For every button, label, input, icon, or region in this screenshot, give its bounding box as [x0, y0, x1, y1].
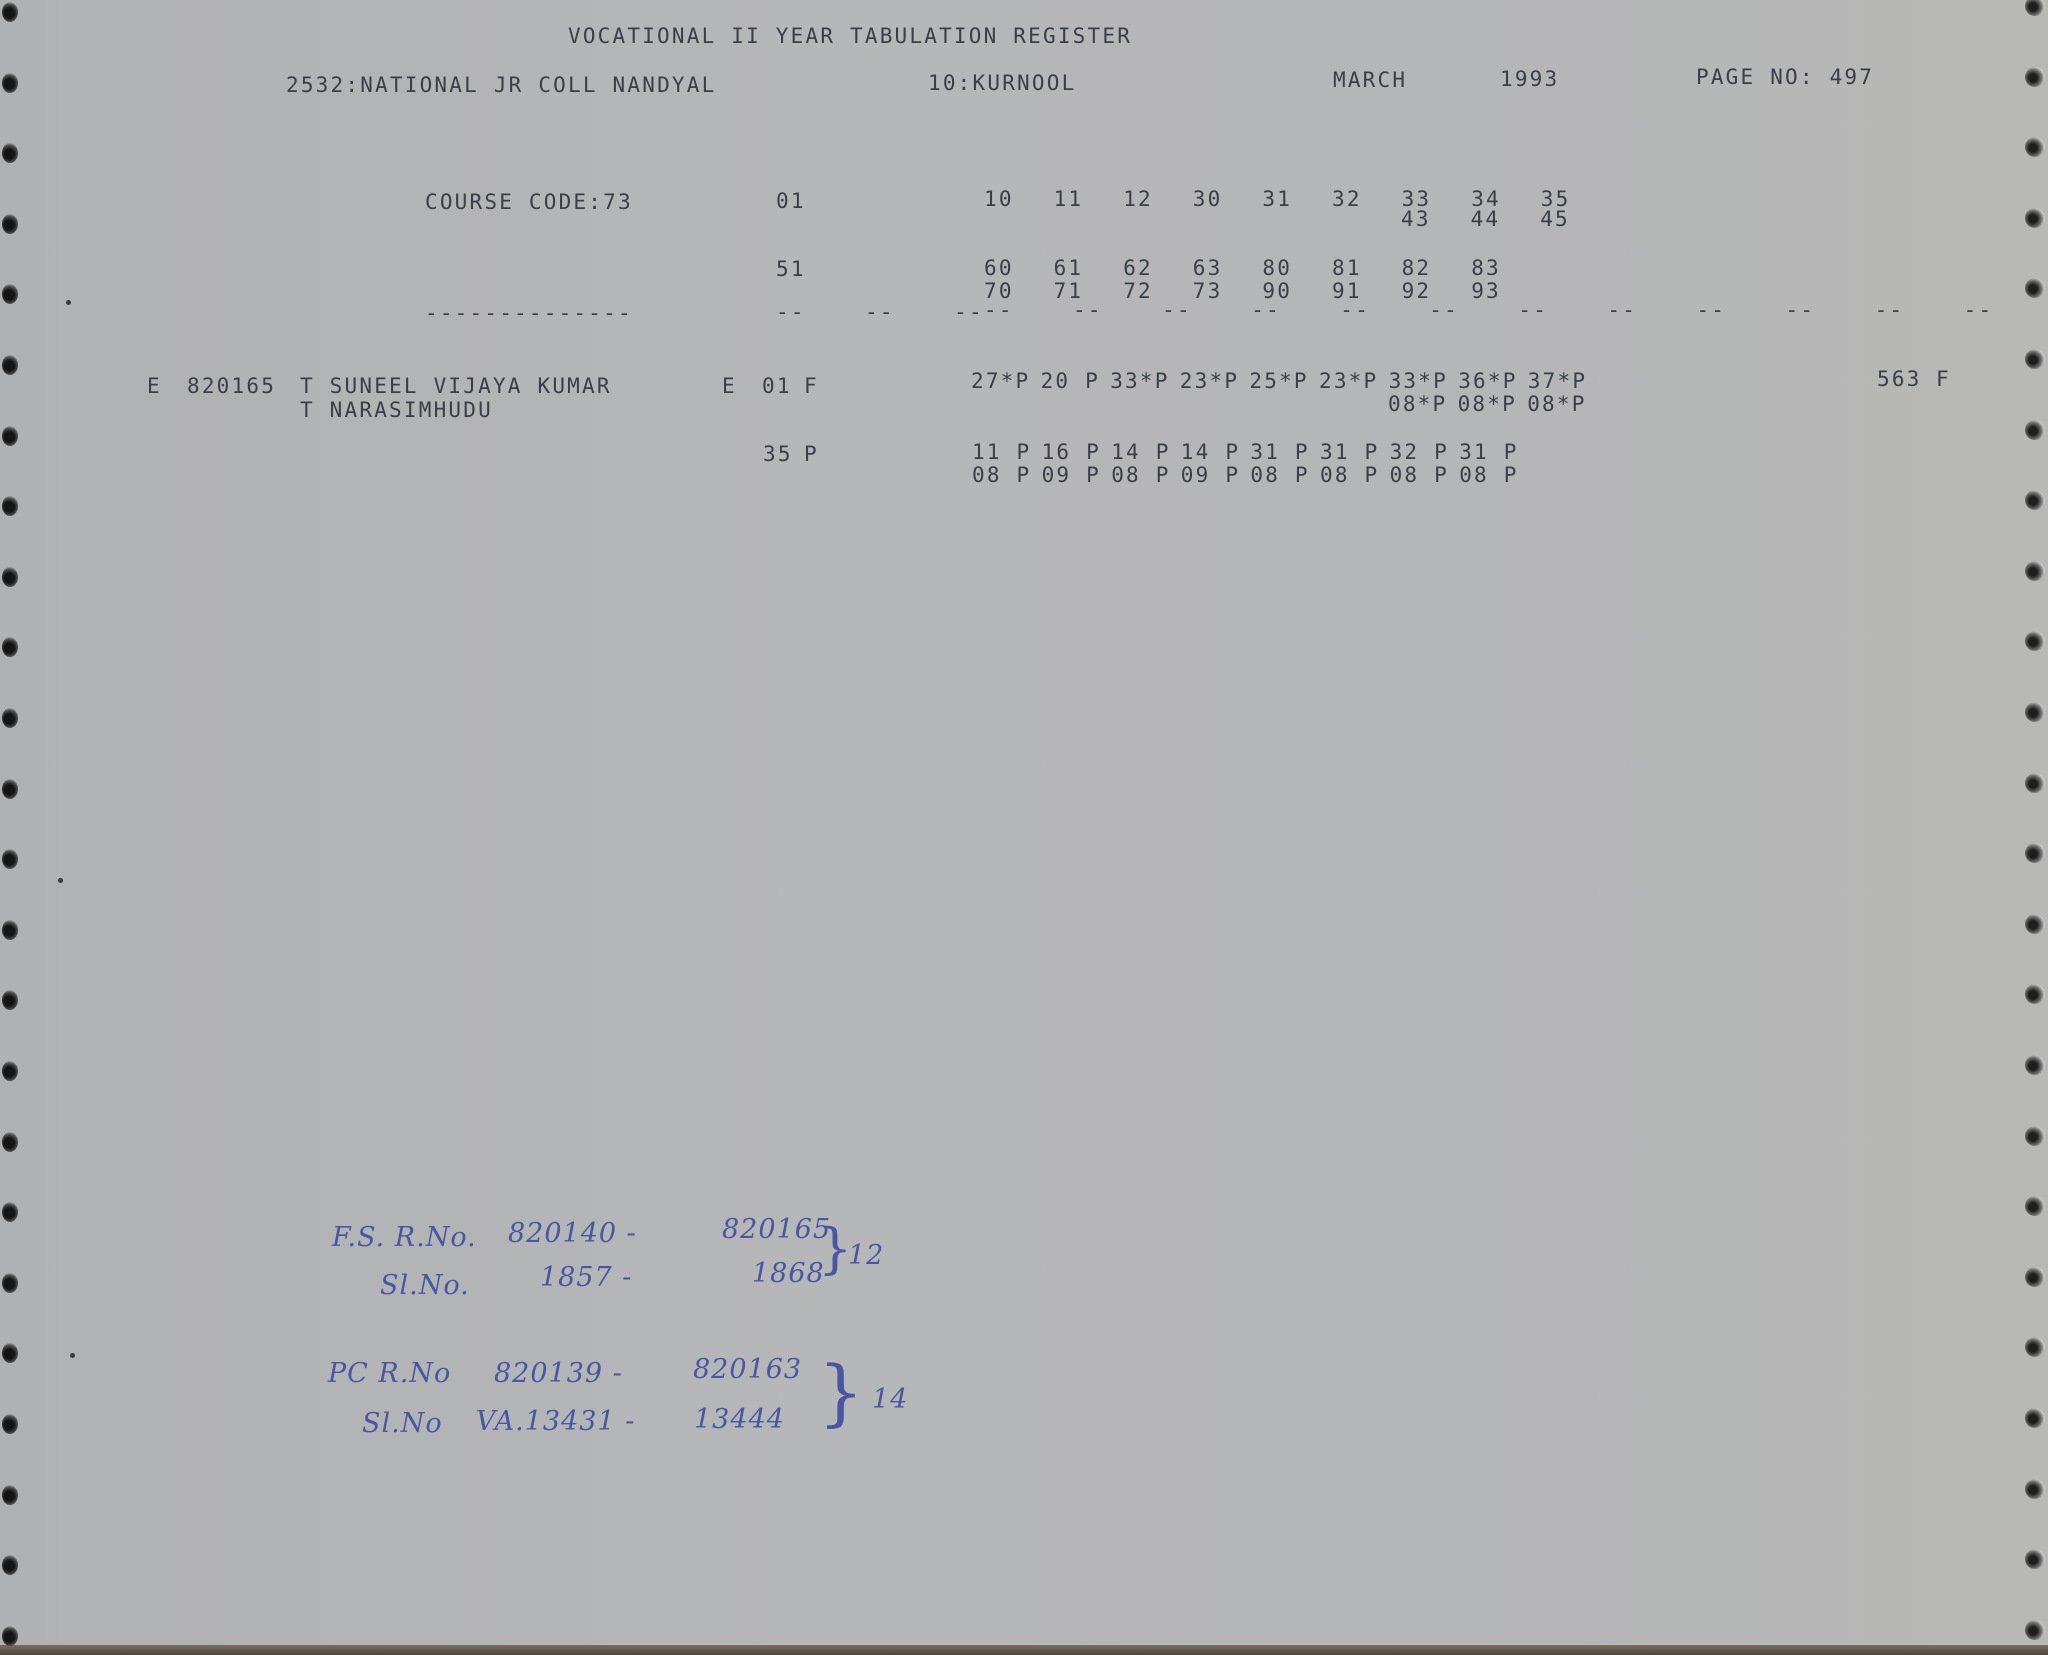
subject-code: 81 [1332, 257, 1362, 280]
subject-mark: 08 P [1390, 464, 1449, 487]
note2-sl-label: Sl.No [362, 1408, 443, 1439]
feed-hole [2025, 67, 2045, 87]
feed-hole [2025, 561, 2045, 581]
note2-from: 820139 - [494, 1358, 623, 1389]
part2-header-code: 51 [776, 258, 806, 281]
page-bottom-edge [0, 1645, 2048, 1655]
subject-code: 31 [1262, 188, 1292, 211]
subject-mark: 25*P [1249, 370, 1308, 393]
paper-speck [66, 300, 71, 305]
student-name: T SUNEEL VIJAYA KUMAR [300, 375, 612, 398]
subject-code: 32 [1332, 188, 1362, 211]
note1-count: 12 [848, 1240, 884, 1271]
subject-code: 82 [1402, 257, 1432, 280]
course-code: COURSE CODE:73 [425, 191, 633, 214]
feed-hole [2, 1414, 18, 1434]
part2-code: 35 [763, 443, 793, 466]
grand-total: 563 [1877, 368, 1922, 391]
subject-mark: 08 P [1111, 464, 1170, 487]
note2-label: PC R.No [328, 1358, 451, 1389]
note2-count: 14 [872, 1384, 908, 1415]
note1-sl-from: 1857 - [540, 1262, 632, 1293]
header-dash-row: -- -- -- -- -- -- -- -- -- -- -- -- -- [984, 299, 2048, 322]
note1-sl-to: 1868 [752, 1258, 825, 1289]
hall-ticket-number: 820165 [187, 375, 276, 398]
subject-code: 30 [1193, 188, 1223, 211]
header-dash-row-left: -- -- -- [776, 301, 984, 324]
subject-mark: 31 P [1250, 441, 1309, 464]
exam-month: MARCH [1333, 69, 1407, 92]
paper-speck [58, 878, 63, 883]
subject-mark: 16 P [1042, 441, 1101, 464]
student-category: E [147, 375, 162, 398]
part1-result: F [804, 375, 819, 398]
note1-label: F.S. R.No. [332, 1222, 477, 1253]
feed-hole [2, 1132, 18, 1152]
feed-hole [2025, 1055, 2045, 1075]
note1-to: 820165 [722, 1214, 831, 1245]
note1-sl-label: Sl.No. [380, 1270, 470, 1301]
subject-mark: 31 P [1459, 441, 1518, 464]
subject-mark: 08*P [1388, 393, 1447, 416]
note2-brace: } [818, 1356, 864, 1428]
part1-header-code: 01 [776, 190, 806, 213]
feed-hole [2025, 420, 2045, 440]
subject-mark: 31 P [1320, 441, 1379, 464]
subject-mark: 14 P [1111, 441, 1170, 464]
subject-mark: 09 P [1042, 464, 1101, 487]
subject-code: 63 [1193, 257, 1223, 280]
page-number: PAGE NO: 497 [1696, 66, 1874, 89]
subject-mark: 08 P [1459, 464, 1518, 487]
feed-hole [2, 1485, 18, 1505]
part1-code: 01 [762, 375, 792, 398]
feed-hole [2, 214, 18, 234]
subject-mark: 08 P [1320, 464, 1379, 487]
subject-code: 10 [984, 188, 1014, 211]
tabulation-register-page [0, 0, 2048, 1645]
feed-hole [2025, 1479, 2045, 1499]
subject-mark: 27*P [971, 370, 1030, 393]
note2-sl-to: 13444 [694, 1404, 785, 1435]
subject-code: 62 [1123, 257, 1153, 280]
subject-mark: 23*P [1319, 370, 1378, 393]
subject-mark: 08 P [1250, 464, 1309, 487]
subject-code: 11 [1054, 188, 1084, 211]
final-result: F [1936, 368, 1951, 391]
medium: E [722, 375, 737, 398]
father-name: T NARASIMHUDU [300, 399, 493, 422]
subject-mark: 14 P [1181, 441, 1240, 464]
district-name: 10:KURNOOL [928, 72, 1076, 95]
subject-code: 44 [1471, 208, 1501, 231]
note2-to: 820163 [693, 1354, 802, 1385]
subject-mark: 08*P [1527, 393, 1586, 416]
header-underline: -------------- [425, 302, 633, 325]
subject-mark: 08*P [1458, 393, 1517, 416]
feed-hole [2025, 1620, 2045, 1640]
subject-mark: 11 P [972, 441, 1031, 464]
subject-code: 43 [1401, 208, 1431, 231]
part2-result: P [804, 443, 819, 466]
feed-hole [2, 708, 18, 728]
subject-mark: 37*P [1528, 370, 1587, 393]
feed-hole [2025, 702, 2045, 722]
feed-hole [2, 2, 18, 22]
feed-hole [2, 73, 18, 93]
note2-sl-from: VA.13431 - [476, 1406, 635, 1437]
subject-mark: 33*P [1389, 370, 1448, 393]
feed-hole [2025, 914, 2045, 934]
feed-hole [2025, 773, 2045, 793]
feed-hole [2, 920, 18, 940]
subject-mark: 36*P [1458, 370, 1517, 393]
register-title: VOCATIONAL II YEAR TABULATION REGISTER [568, 25, 1132, 48]
feed-hole [2, 567, 18, 587]
college-name: 2532:NATIONAL JR COLL NANDYAL [286, 74, 716, 97]
subject-code: 61 [1054, 257, 1084, 280]
feed-hole [2, 1061, 18, 1081]
feed-hole [2, 1626, 18, 1646]
subject-mark: 09 P [1181, 464, 1240, 487]
note1-from: 820140 - [508, 1218, 637, 1249]
feed-hole [2, 355, 18, 375]
subject-mark: 23*P [1180, 370, 1239, 393]
feed-hole [2, 779, 18, 799]
feed-hole [2025, 1267, 2045, 1287]
feed-hole [2, 426, 18, 446]
subject-code: 60 [984, 257, 1014, 280]
subject-code: 80 [1262, 257, 1292, 280]
feed-hole [2025, 208, 2045, 228]
paper-speck [70, 1353, 75, 1358]
subject-mark: 08 P [972, 464, 1031, 487]
subject-code: 12 [1123, 188, 1153, 211]
subject-code: 45 [1540, 208, 1570, 231]
subject-code: 83 [1471, 257, 1501, 280]
feed-hole [2025, 349, 2045, 369]
feed-hole [2025, 1408, 2045, 1428]
exam-year: 1993 [1500, 68, 1559, 91]
feed-hole [2025, 1126, 2045, 1146]
subject-mark: 20 P [1041, 370, 1100, 393]
feed-hole [2, 1273, 18, 1293]
subject-mark: 32 P [1390, 441, 1449, 464]
subject-mark: 33*P [1110, 370, 1169, 393]
